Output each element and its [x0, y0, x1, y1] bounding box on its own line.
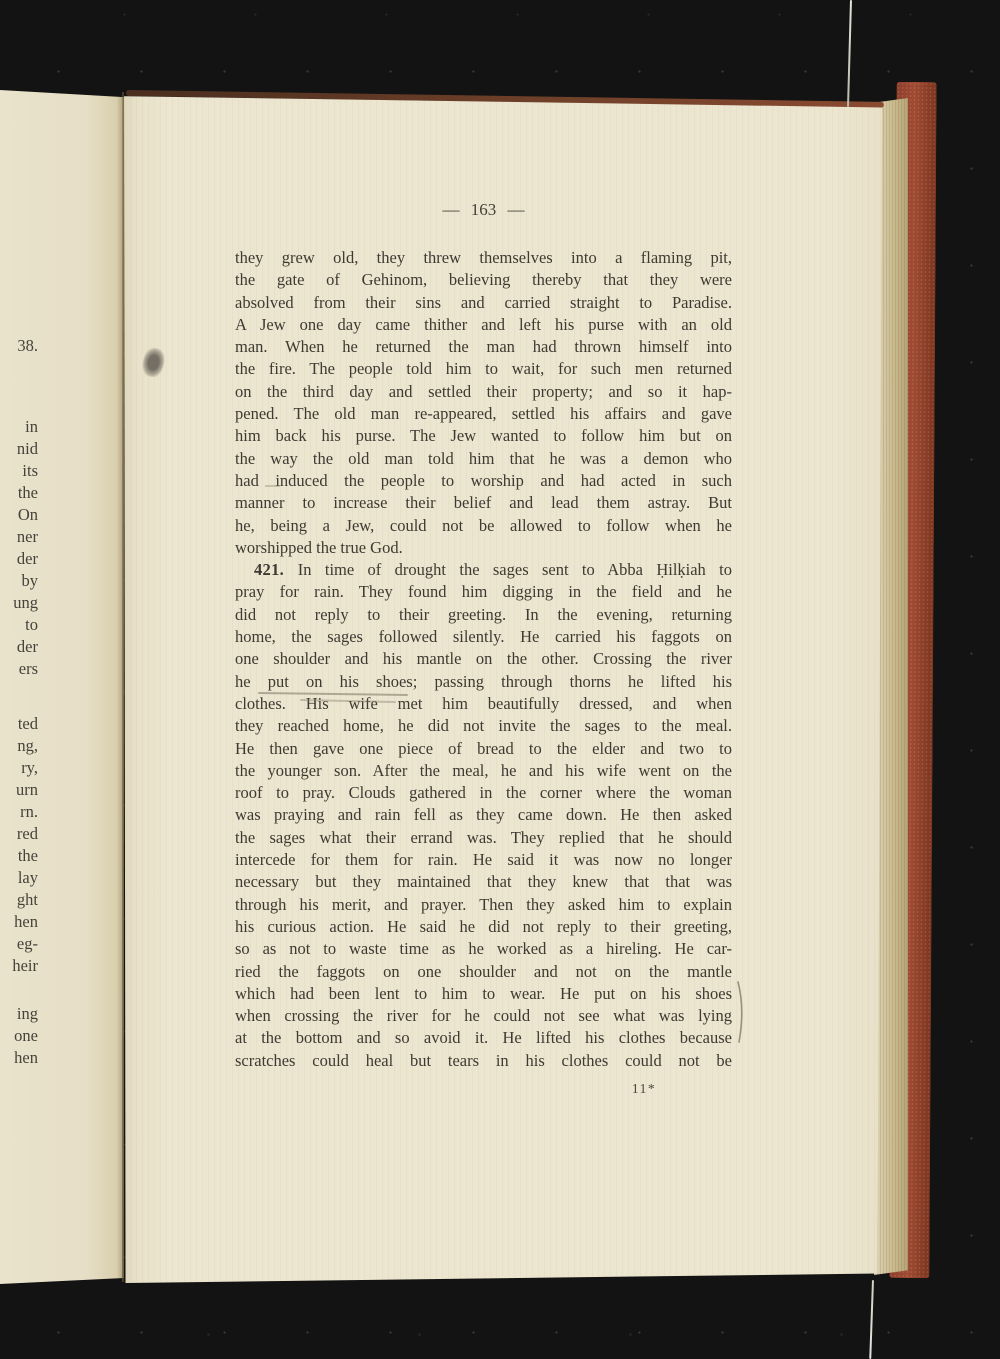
text-line: did not reply to their greeting. In the …: [235, 604, 732, 626]
book-page: — 163 — they grew old, they threw themse…: [124, 95, 882, 1283]
text-line: manner to increase their belief and lead…: [235, 492, 732, 514]
page-text-block: they grew old, they threw themselves int…: [235, 247, 732, 1072]
facing-page-word-fragment: by: [0, 570, 38, 592]
text-line: A Jew one day came thither and left his …: [235, 314, 732, 336]
facing-page-word-fragment: in: [0, 416, 38, 438]
facing-page-note-number: 38.: [0, 335, 38, 357]
facing-page-word-fragment: rn.: [0, 801, 38, 823]
text-line: the younger son. After the meal, he and …: [235, 760, 732, 782]
text-line: they reached home, he did not invite the…: [235, 715, 732, 737]
page-number-header: — 163 —: [235, 200, 732, 224]
text-line: which had been lent to him to wear. He p…: [235, 983, 732, 1005]
text-line: pened. The old man re-appeared, settled …: [235, 403, 732, 425]
facing-page-word-fragment: one: [0, 1025, 38, 1047]
facing-page-word-fragment: ry,: [0, 757, 38, 779]
facing-page-word-fragment: nid: [0, 438, 38, 460]
text-line: the fire. The people told him to wait, f…: [235, 358, 732, 380]
photo-background: 38. inniditstheOnnerderbyungtoderers ted…: [0, 0, 1000, 1359]
text-line: when crossing the river for he could not…: [235, 1005, 732, 1027]
facing-page-word-fragment: ers: [0, 658, 38, 680]
facing-page-word-fragment: the: [0, 482, 38, 504]
text-line: 421. In time of drought the sages sent t…: [235, 559, 732, 581]
text-line: he put on his shoes; passing through tho…: [235, 671, 732, 693]
facing-page-fragments-group: ingonehen: [0, 1003, 38, 1069]
facing-page-word-fragment: ted: [0, 713, 38, 735]
text-line: on the third day and settled their prope…: [235, 381, 732, 403]
text-line: man. When he returned the man had thrown…: [235, 336, 732, 358]
facing-page-word-fragment: lay: [0, 867, 38, 889]
facing-page-word-fragment: heir: [0, 955, 38, 977]
text-line: pray for rain. They found him digging in…: [235, 581, 732, 603]
facing-page-word-fragment: to: [0, 614, 38, 636]
facing-page-word-fragment: ng,: [0, 735, 38, 757]
pencil-dash-mark: [265, 485, 280, 487]
facing-page-word-fragment: eg-: [0, 933, 38, 955]
facing-page-word-fragment: the: [0, 845, 38, 867]
text-line: the way the old man told him that he was…: [235, 448, 732, 470]
text-line: so as not to waste time as he worked as …: [235, 938, 732, 960]
text-line: he, being a Jew, could not be allowed to…: [235, 515, 732, 537]
text-line: one shoulder and his mantle on the other…: [235, 648, 732, 670]
text-line: his curious action. He said he did not r…: [235, 916, 732, 938]
facing-page-word-fragment: ung: [0, 592, 38, 614]
text-line: intercede for them for rain. He said it …: [235, 849, 732, 871]
text-line: scratches could heal but tears in his cl…: [235, 1050, 732, 1072]
facing-page-edge: 38. inniditstheOnnerderbyungtoderers ted…: [0, 90, 124, 1284]
facing-page-word-fragment: red: [0, 823, 38, 845]
facing-page-fragments-group: tedng,ry,urnrn.redthelayghtheneg-heir: [0, 713, 38, 977]
paragraph-number: 421.: [254, 560, 298, 579]
facing-page-word-fragment: ing: [0, 1003, 38, 1025]
facing-page-word-fragment: urn: [0, 779, 38, 801]
text-line: clothes. His wife met him beautifully dr…: [235, 693, 732, 715]
text-line: ried the faggots on one shoulder and not…: [235, 961, 732, 983]
facing-page-word-fragment: hen: [0, 911, 38, 933]
text-line: worshipped the true God.: [235, 537, 732, 559]
facing-page-word-fragment: der: [0, 548, 38, 570]
facing-page-word-fragment: hen: [0, 1047, 38, 1069]
facing-page-word-fragment: its: [0, 460, 38, 482]
facing-page-word-fragment: ner: [0, 526, 38, 548]
text-line: through his merit, and prayer. Then they…: [235, 894, 732, 916]
text-line: the sages what their errand was. They re…: [235, 827, 732, 849]
facing-page-word-fragment: der: [0, 636, 38, 658]
margin-pencil-mark: [734, 981, 748, 1043]
text-line: was praying and rain fell as they came d…: [235, 804, 732, 826]
text-line: necessary but they maintained that they …: [235, 871, 732, 893]
text-line: the gate of Gehinom, believing thereby t…: [235, 269, 732, 291]
text-line: He then gave one piece of bread to the e…: [235, 738, 732, 760]
facing-page-word-fragment: On: [0, 504, 38, 526]
text-line: had induced the people to worship and ha…: [235, 470, 732, 492]
gutter-shadow: [122, 92, 124, 1282]
facing-page-word-fragment: ght: [0, 889, 38, 911]
text-line: roof to pray. Clouds gathered in the cor…: [235, 782, 732, 804]
text-line: home, the sages followed silently. He ca…: [235, 626, 732, 648]
text-line: at the bottom and so avoid it. He lifted…: [235, 1027, 732, 1049]
smudge-stain: [140, 346, 167, 379]
text-line: they grew old, they threw themselves int…: [235, 247, 732, 269]
facing-page-fragments-group: inniditstheOnnerderbyungtoderers: [0, 416, 38, 680]
signature-mark: 11*: [594, 1081, 694, 1097]
text-line: absolved from their sins and carried str…: [235, 292, 732, 314]
text-line: him back his purse. The Jew wanted to fo…: [235, 425, 732, 447]
